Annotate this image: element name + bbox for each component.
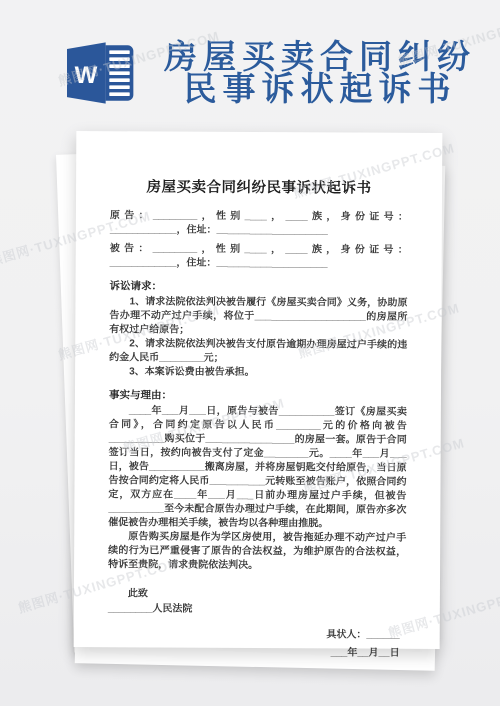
facts-heading: 事实与理由： (109, 388, 407, 404)
signer-line: 具状人：______ (108, 627, 400, 643)
plaintiff-line: 原告：________，性别____，____族，身份证号：__________… (110, 209, 408, 239)
document-body: 原告：________，性别____，____族，身份证号：__________… (108, 209, 408, 661)
document-page: 房屋买卖合同纠纷民事诉状起诉书 原告：________，性别____，____族… (74, 131, 443, 649)
claim-item-3: 3、本案诉讼费由被告承担。 (109, 365, 407, 381)
svg-text:W: W (75, 62, 98, 89)
header-title-line1: 房屋买卖合同纠纷 (152, 41, 488, 73)
document-title: 房屋买卖合同纠纷民事诉状起诉书 (110, 175, 408, 198)
claims-heading: 诉讼请求： (110, 279, 408, 295)
header-title: 房屋买卖合同纠纷 民事诉状起诉书 (152, 41, 488, 105)
defendant-line: 被告：________，性别____，____族，身份证号：__________… (110, 242, 408, 272)
date-line: ___年__月__日 (108, 645, 400, 661)
facts-paragraph-1: ____年___月___日，原告与被告__________签订《房屋买卖合同》，… (108, 404, 407, 532)
closing-block: 此致 ________人民法院 (108, 587, 406, 618)
salute-line: 此致 (108, 587, 406, 603)
word-logo-icon: W (64, 38, 140, 108)
signature-block: 具状人：______ ___年__月__日 (108, 627, 406, 661)
promo-canvas: W 房屋买卖合同纠纷 民事诉状起诉书 房屋买卖合同纠纷民事诉状起诉书 原告：__… (0, 0, 500, 706)
brand-header: W 房屋买卖合同纠纷 民事诉状起诉书 (64, 38, 488, 108)
facts-paragraph-2: 原告购买房屋是作为学区房使用，被告拖延办理不动产过户手续的行为已严重侵害了原告的… (108, 530, 406, 574)
claim-item-1: 1、请求法院依法判决被告履行《房屋买卖合同》义务，协助原告办理不动产过户手续，将… (109, 295, 407, 339)
court-line: ________人民法院 (108, 602, 406, 618)
document-stack: 房屋买卖合同纠纷民事诉状起诉书 原告：________，性别____，____族… (75, 132, 441, 648)
header-title-line2: 民事诉状起诉书 (152, 73, 488, 105)
claim-item-2: 2、请求法院依法判决被告支付原告逾期办理房屋过户手续的违约金人民币_______… (109, 337, 407, 367)
